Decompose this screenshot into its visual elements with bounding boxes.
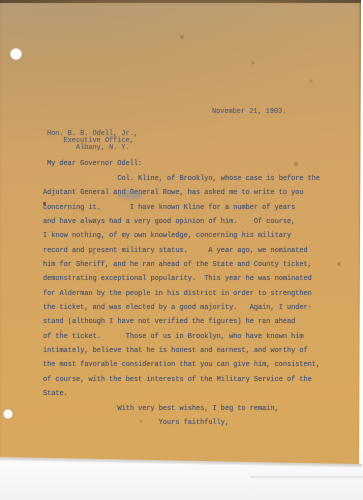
body-line: of the ticket. Those of us in Brooklyn, … [43,330,320,344]
stray-ink-dot [43,202,46,205]
letter-sheet: November 21, 1903. Hon. B. B. Odell, Jr.… [0,0,361,465]
body-line: for Alderman by the people in his distri… [43,287,320,301]
address-line-city: Albany, N. Y. [47,145,138,152]
letter-body: Col. Kline, of Brooklyn, whose case is b… [43,172,320,430]
body-line: Adjutant General and General Rowe, has a… [43,186,320,200]
paper-specks [0,0,2,2]
body-line: him for Sheriff, and he ran ahead of the… [43,258,320,272]
signature-line: Yours faithfully, [43,416,320,430]
ink-smudge [117,190,144,199]
salutation-line: My dear Governor Odell: [47,159,142,169]
body-line: concerning it. I have known Kline for a … [43,201,320,215]
body-line: State. [43,387,320,401]
body-line: of course, with the best interests of th… [43,373,320,387]
body-line: record and present military status. A ye… [43,244,320,258]
body-line: Col. Kline, of Brooklyn, whose case is b… [43,172,320,186]
body-line: intimately, believe that he is honest an… [43,344,320,358]
under-sheet-edge [250,476,363,478]
body-line: stand (although I have not verified the … [43,315,320,329]
scan-background: November 21, 1903. Hon. B. B. Odell, Jr.… [0,0,363,500]
recipient-address: Hon. B. B. Odell, Jr., Executive Office,… [47,131,138,153]
body-line: demonstrating exceptional popularity. Th… [43,272,320,286]
body-line: and have always had a very good opinion … [43,215,320,229]
body-line: the most favorable consideration that yo… [43,358,320,372]
body-line: I know nothing, of my own knowledge, con… [43,229,320,243]
closing-line: With very best wishes, I beg to remain, [43,402,320,416]
punch-hole-bottom [3,409,13,419]
punch-hole-top [10,48,22,60]
body-line: the ticket, and was elected by a good ma… [43,301,320,315]
date-line: November 21, 1903. [212,107,286,117]
paper-top-edge [0,0,361,3]
